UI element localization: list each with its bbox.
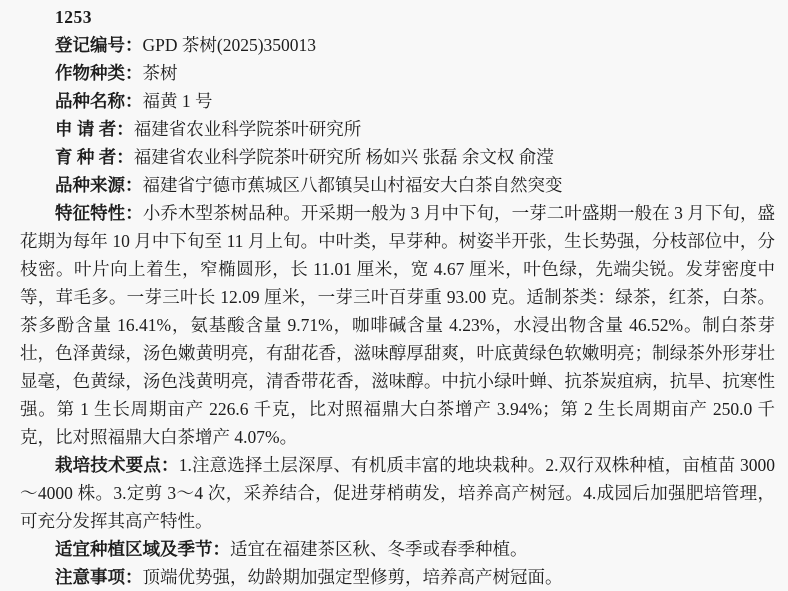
section-text-characteristics: 小乔木型茶树品种。开采期一般为 3 月中下旬，一芽二叶盛期一般在 3 月下旬，盛… [20, 203, 775, 447]
field-value-applicant: 福建省农业科学院茶叶研究所 [134, 119, 362, 139]
section-suitable-regions: 适宜种植区域及季节：适宜在福建茶区秋、冬季或春季种植。 [20, 535, 775, 563]
registration-document-page: 1253 登记编号：GPD 茶树(2025)350013 作物种类：茶树 品种名… [0, 0, 788, 591]
field-variety-origin: 品种来源：福建省宁德市蕉城区八都镇吴山村福安大白茶自然突变 [20, 171, 775, 199]
field-label-variety-origin: 品种来源： [55, 175, 143, 195]
field-label-breeder: 育 种 者： [55, 147, 134, 167]
field-value-breeder: 福建省农业科学院茶叶研究所 杨如兴 张磊 余文权 俞滢 [134, 147, 554, 167]
section-text-suitable-regions: 适宜在福建茶区秋、冬季或春季种植。 [230, 539, 528, 559]
field-label-applicant: 申 请 者： [55, 119, 134, 139]
field-crop-type: 作物种类：茶树 [20, 59, 775, 87]
field-breeder: 育 种 者：福建省农业科学院茶叶研究所 杨如兴 张磊 余文权 俞滢 [20, 143, 775, 171]
section-label-precautions: 注意事项： [55, 567, 143, 587]
section-precautions: 注意事项：顶端优势强，幼龄期加强定型修剪，培养高产树冠面。 [20, 563, 775, 591]
section-cultivation-techniques: 栽培技术要点：1.注意选择土层深厚、有机质丰富的地块栽种。2.双行双株种植，亩植… [20, 451, 775, 535]
field-value-variety-origin: 福建省宁德市蕉城区八都镇吴山村福安大白茶自然突变 [143, 175, 563, 195]
entry-number: 1253 [20, 3, 775, 31]
section-characteristics: 特征特性：小乔木型茶树品种。开采期一般为 3 月中下旬，一芽二叶盛期一般在 3 … [20, 199, 775, 451]
field-value-variety-name: 福黄 1 号 [143, 91, 213, 111]
section-label-characteristics: 特征特性： [55, 203, 143, 223]
section-label-cultivation-techniques: 栽培技术要点： [55, 455, 179, 475]
section-label-suitable-regions: 适宜种植区域及季节： [55, 539, 230, 559]
field-value-crop-type: 茶树 [143, 63, 178, 83]
field-applicant: 申 请 者：福建省农业科学院茶叶研究所 [20, 115, 775, 143]
field-label-crop-type: 作物种类： [55, 63, 143, 83]
section-text-precautions: 顶端优势强，幼龄期加强定型修剪，培养高产树冠面。 [143, 567, 563, 587]
field-label-registration-id: 登记编号： [55, 35, 143, 55]
field-registration-id: 登记编号：GPD 茶树(2025)350013 [20, 31, 775, 59]
field-value-registration-id: GPD 茶树(2025)350013 [143, 35, 317, 55]
field-variety-name: 品种名称：福黄 1 号 [20, 87, 775, 115]
field-label-variety-name: 品种名称： [55, 91, 143, 111]
